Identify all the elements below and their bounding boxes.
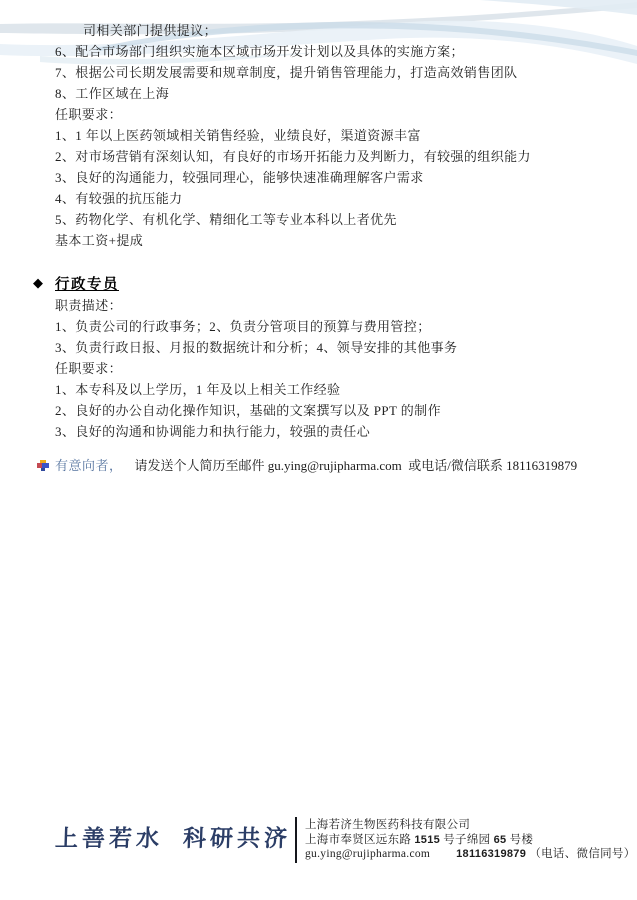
- contact-email: gu.ying@rujipharma.com: [268, 458, 402, 473]
- doc-line: 2、良好的办公自动化操作知识，基础的文案撰写以及 PPT 的制作: [55, 400, 597, 421]
- section-title: 行政专员: [55, 273, 119, 294]
- doc-line: 3、负责行政日报、月报的数据统计和分析；4、领导安排的其他事务: [55, 337, 597, 358]
- footer-slogan: 上善若水 科研共济: [54, 816, 294, 862]
- footer-address-suffix: 号楼: [506, 834, 533, 846]
- document-page: 司相关部门提供提议； 6、配合市场部门组织实施本区域市场开发计划以及具体的实施方…: [0, 0, 637, 900]
- footer-phone-note: （电话、微信同号）: [529, 848, 635, 860]
- footer-contact-line: gu.ying@rujipharma.com18116319879 （电话、微信…: [305, 847, 636, 862]
- footer-address-number: 1515: [414, 834, 440, 846]
- footer-phone: 18116319879: [456, 848, 526, 860]
- salary-note: 基本工资+提成: [55, 230, 597, 251]
- footer-address: 上海市奉贤区远东路 1515 号子绵园 65 号楼: [305, 833, 636, 848]
- footer-address-prefix: 上海市奉贤区远东路: [305, 834, 414, 846]
- doc-line: 1、负责公司的行政事务；2、负责分管项目的预算与费用管控；: [55, 316, 597, 337]
- contact-body-text: 请发送个人简历至邮件 gu.ying@rujipharma.com 或电话/微信…: [135, 455, 578, 476]
- footer: 上善若水 科研共济 上海若济生物医药科技有限公司 上海市奉贤区远东路 1515 …: [55, 816, 607, 863]
- footer-company: 上海若济生物医药科技有限公司: [305, 818, 636, 833]
- color-bullet-icon: [37, 459, 49, 472]
- doc-line: 4、有较强的抗压能力: [55, 188, 597, 209]
- contact-lead-text: 有意向者，: [55, 455, 123, 476]
- doc-line: 2、对市场营销有深刻认知，有良好的市场开拓能力及判断力，有较强的组织能力: [55, 146, 597, 167]
- diamond-bullet-icon: ◆: [33, 271, 55, 295]
- contact-line: 有意向者， 请发送个人简历至邮件 gu.ying@rujipharma.com …: [37, 455, 597, 476]
- contact-tail: 或电话/微信联系: [402, 458, 506, 473]
- doc-line: 3、良好的沟通和协调能力和执行能力，较强的责任心: [55, 421, 597, 442]
- document-body: 司相关部门提供提议； 6、配合市场部门组织实施本区域市场开发计划以及具体的实施方…: [55, 20, 597, 476]
- doc-line: 3、良好的沟通能力，较强同理心，能够快速准确理解客户需求: [55, 167, 597, 188]
- doc-line: 8、工作区域在上海: [55, 83, 597, 104]
- footer-address-number: 65: [494, 834, 507, 846]
- doc-line: 6、配合市场部门组织实施本区域市场开发计划以及具体的实施方案；: [55, 41, 597, 62]
- doc-line: 1、1 年以上医药领域相关销售经验，业绩良好，渠道资源丰富: [55, 125, 597, 146]
- admin-section-heading: ◆ 行政专员: [33, 271, 597, 295]
- footer-info: 上海若济生物医药科技有限公司 上海市奉贤区远东路 1515 号子绵园 65 号楼…: [305, 816, 636, 862]
- footer-divider: [295, 817, 297, 863]
- doc-line: 7、根据公司长期发展需要和规章制度，提升销售管理能力，打造高效销售团队: [55, 62, 597, 83]
- requirements-label: 任职要求：: [55, 358, 597, 379]
- contact-instruction: 请发送个人简历至邮件: [135, 458, 268, 473]
- doc-line: 司相关部门提供提议；: [55, 20, 597, 41]
- footer-address-mid: 号子绵园: [440, 834, 494, 846]
- doc-line: 5、药物化学、有机化学、精细化工等专业本科以上者优先: [55, 209, 597, 230]
- doc-line: 1、本专科及以上学历，1 年及以上相关工作经验: [55, 379, 597, 400]
- contact-phone: 18116319879: [506, 458, 577, 473]
- footer-email: gu.ying@rujipharma.com: [305, 848, 430, 860]
- requirements-label: 任职要求：: [55, 104, 597, 125]
- duties-label: 职责描述：: [55, 295, 597, 316]
